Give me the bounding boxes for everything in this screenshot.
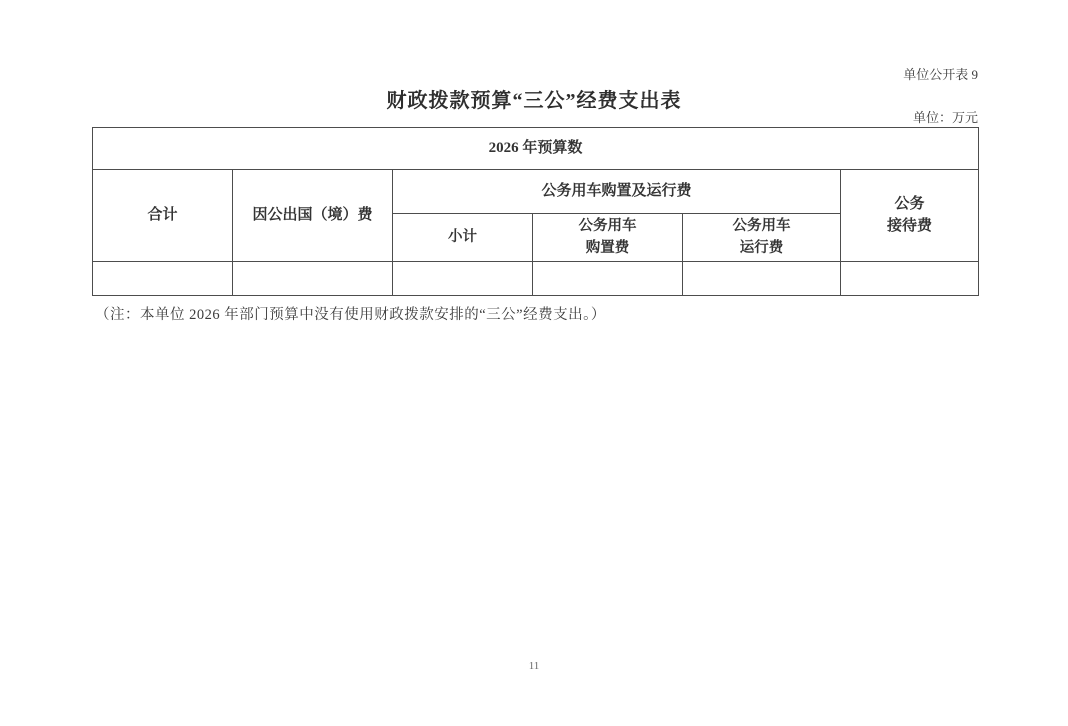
header-reception-line2: 接待费 [887, 218, 932, 234]
data-cell-total [93, 262, 233, 296]
table-row-year-header: 2026 年预算数 [93, 128, 979, 170]
budget-table: 2026 年预算数 合计 因公出国（境）费 公务用车购置及运行费 公务 接待费 … [92, 127, 979, 296]
header-vehicle-operation: 公务用车 运行费 [683, 214, 841, 262]
header-total: 合计 [93, 170, 233, 262]
header-vehicle-operation-line1: 公务用车 [733, 218, 791, 234]
document-page: 单位公开表 9 财政拨款预算“三公”经费支出表 单位：万元 2026 年预算数 … [0, 0, 1068, 726]
page-title: 财政拨款预算“三公”经费支出表 [0, 84, 1068, 113]
page-number: 11 [0, 660, 1068, 672]
table-row-group-header: 合计 因公出国（境）费 公务用车购置及运行费 公务 接待费 [93, 170, 979, 214]
header-subtotal: 小计 [393, 214, 533, 262]
unit-of-measure-label: 单位：万元 [913, 107, 978, 126]
footnote: （注：本单位 2026 年部门预算中没有使用财政拨款安排的“三公”经费支出。） [95, 303, 606, 324]
header-reception-line1: 公务 [895, 196, 925, 212]
corner-table-label: 单位公开表 9 [903, 64, 978, 83]
table-row-data [93, 262, 979, 296]
data-cell-vehicle-operation [683, 262, 841, 296]
header-vehicle-purchase: 公务用车 购置费 [533, 214, 683, 262]
data-cell-vehicle-purchase [533, 262, 683, 296]
data-cell-abroad-fee [233, 262, 393, 296]
header-vehicle-purchase-line1: 公务用车 [579, 218, 637, 234]
header-abroad-fee: 因公出国（境）费 [233, 170, 393, 262]
header-vehicle-purchase-line2: 购置费 [586, 240, 630, 256]
header-year-budget: 2026 年预算数 [93, 128, 979, 170]
data-cell-reception-fee [841, 262, 979, 296]
header-vehicle-group: 公务用车购置及运行费 [393, 170, 841, 214]
header-vehicle-operation-line2: 运行费 [740, 240, 784, 256]
header-reception-fee: 公务 接待费 [841, 170, 979, 262]
data-cell-subtotal [393, 262, 533, 296]
